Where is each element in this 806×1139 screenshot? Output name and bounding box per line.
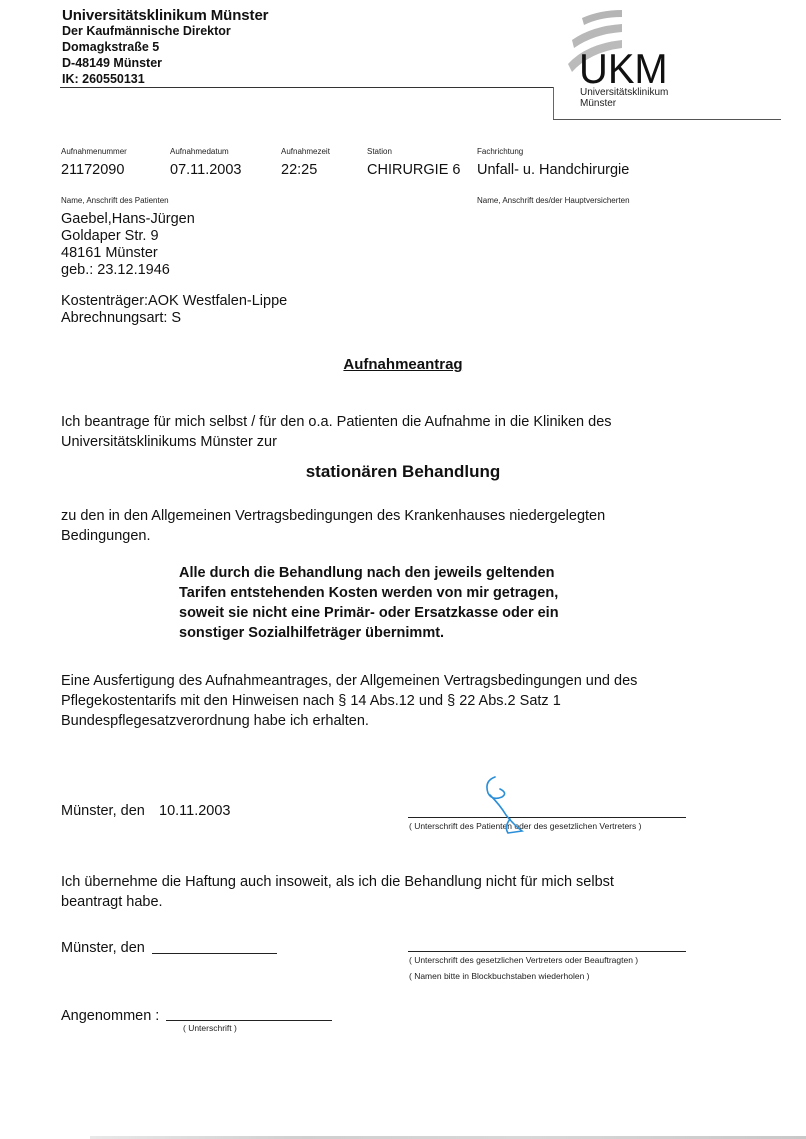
accepted-signature-line[interactable] [166,1020,332,1021]
label-station: Station [367,147,392,156]
document-title: Aufnahmeantrag [0,356,806,373]
admission-number: 21172090 [61,162,124,178]
signature2-caption2: ( Namen bitte in Blockbuchstaben wiederh… [409,971,590,981]
paragraph-receipt-line: Pflegekostentarifs mit den Hinweisen nac… [61,691,637,711]
label-patient: Name, Anschrift des Patienten [61,196,169,205]
cost-notice-line: Tarifen entstehenden Kosten werden von m… [179,583,559,603]
label-insured: Name, Anschrift des/der Hauptversicherte… [477,196,630,205]
institution-name: Universitätsklinikum Münster [62,7,268,24]
logo-line2: Münster [580,99,616,109]
cost-notice-line: soweit sie nicht eine Primär- oder Ersat… [179,603,559,623]
ik-number: IK: 260550131 [62,72,145,86]
signature1-place-label: Münster, den [61,801,145,821]
paragraph-conditions-line: zu den in den Allgemeinen Vertragsbeding… [61,506,605,526]
label-admission-date: Aufnahmedatum [170,147,229,156]
label-admission-time: Aufnahmezeit [281,147,330,156]
liability-statement: Ich übernehme die Haftung auch insoweit,… [61,872,614,912]
station: CHIRURGIE 6 [367,162,460,178]
paragraph-request: Ich beantrage für mich selbst / für den … [61,412,612,452]
signature2-date-line[interactable] [152,953,277,954]
treatment-type: stationären Behandlung [0,462,806,482]
signature1-line[interactable] [408,817,686,818]
specialty: Unfall- u. Handchirurgie [477,162,629,178]
header-rule [60,87,553,88]
header-connector [553,87,554,119]
liability-line: Ich übernehme die Haftung auch insoweit,… [61,872,614,892]
patient-street: Goldaper Str. 9 [61,228,195,245]
paragraph-conditions-line: Bedingungen. [61,526,605,546]
paragraph-receipt-line: Bundespflegesatzverordnung habe ich erha… [61,711,637,731]
admission-date: 07.11.2003 [170,162,242,178]
logo-rule [553,119,781,120]
payer-info: Kostenträger:AOK Westfalen-Lippe Abrechn… [61,293,287,327]
paragraph-receipt-line: Eine Ausfertigung des Aufnahmeantrages, … [61,671,637,691]
department: Der Kaufmännische Direktor [62,24,231,38]
cost-notice-line: Alle durch die Behandlung nach den jewei… [179,563,559,583]
patient-birth: geb.: 23.12.1946 [61,262,195,279]
signature2-caption1: ( Unterschrift des gesetzlichen Vertrete… [409,955,638,965]
cost-notice: Alle durch die Behandlung nach den jewei… [179,563,559,643]
patient-address: Gaebel,Hans-Jürgen Goldaper Str. 9 48161… [61,211,195,279]
paragraph-request-line: Universitätsklinikums Münster zur [61,432,612,452]
street-address: Domagkstraße 5 [62,40,159,54]
handwritten-signature-icon [480,775,540,837]
patient-name: Gaebel,Hans-Jürgen [61,211,195,228]
payer: Kostenträger:AOK Westfalen-Lippe [61,293,287,310]
city-address: D-48149 Münster [62,56,162,70]
logo-line1: Universitätsklinikum [580,88,668,98]
paragraph-conditions: zu den in den Allgemeinen Vertragsbeding… [61,506,605,546]
accepted-label: Angenommen : [61,1006,159,1026]
logo-mark: UKM [579,48,668,90]
paragraph-receipt: Eine Ausfertigung des Aufnahmeantrages, … [61,671,637,731]
billing-type: Abrechnungsart: S [61,310,287,327]
patient-city: 48161 Münster [61,245,195,262]
cost-notice-line: sonstiger Sozialhilfeträger übernimmt. [179,623,559,643]
accepted-caption: ( Unterschrift ) [183,1023,237,1033]
liability-line: beantragt habe. [61,892,614,912]
signature2-place-label: Münster, den [61,938,145,958]
signature2-line[interactable] [408,951,686,952]
signature1-date: 10.11.2003 [159,801,231,821]
label-admission-number: Aufnahmenummer [61,147,127,156]
label-specialty: Fachrichtung [477,147,523,156]
admission-time: 22:25 [281,162,317,178]
paragraph-request-line: Ich beantrage für mich selbst / für den … [61,412,612,432]
